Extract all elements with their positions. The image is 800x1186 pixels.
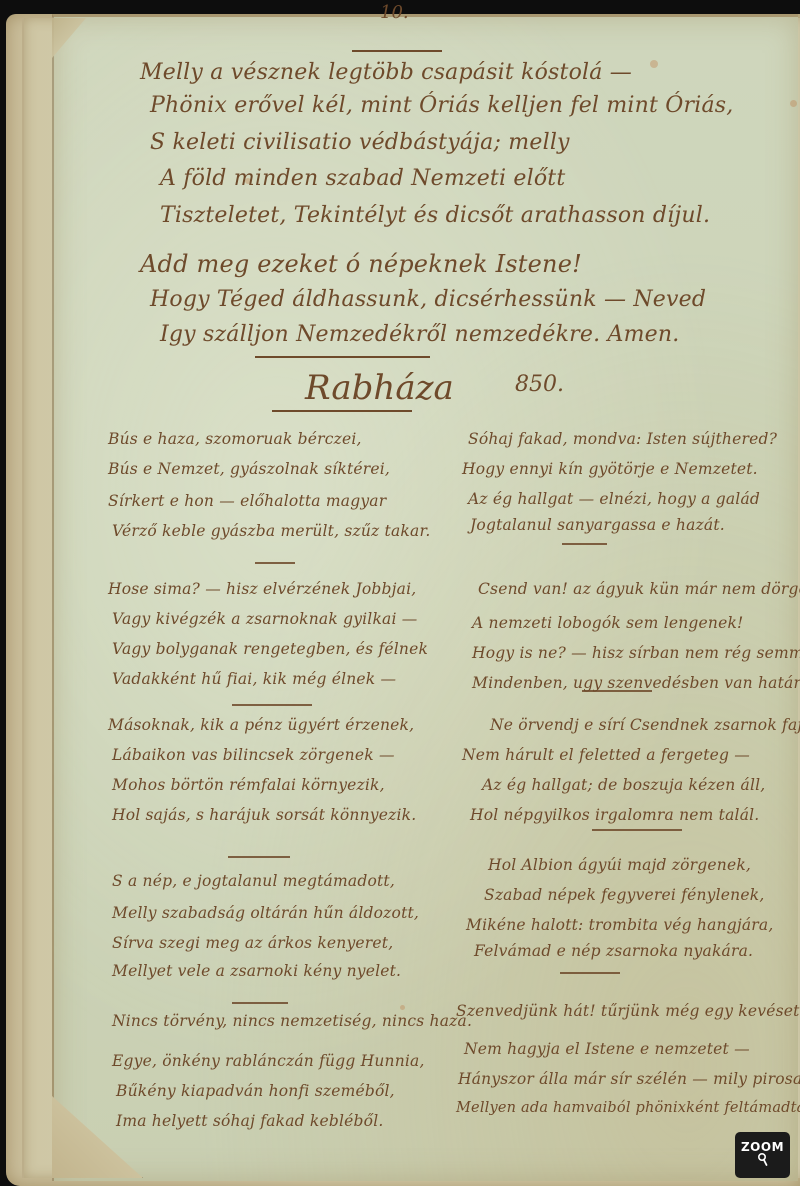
- right-verse-line: Csend van! az ágyuk kün már nem dörgenek…: [478, 580, 800, 598]
- right-verse-line: Hol Albion ágyúi majd zörgenek,: [488, 856, 751, 874]
- page-number: 10.: [380, 2, 409, 23]
- stanza-line: Hogy Téged áldhassunk, dicsérhessünk — N…: [150, 287, 706, 312]
- stanza-line: A föld minden szabad Nemzeti előtt: [160, 166, 565, 191]
- left-verse-line: Sírkert e hon — előhalotta magyar: [108, 492, 386, 510]
- paper-stain: [650, 60, 658, 68]
- left-verse-line: Nincs törvény, nincs nemzetiség, nincs h…: [112, 1012, 472, 1030]
- left-verse-line: Bűkény kiapadván honfi szeméből,: [116, 1082, 395, 1100]
- left-verse-line: Egye, önkény rablánczán függ Hunnia,: [112, 1052, 425, 1070]
- title-overline: [255, 356, 430, 358]
- right-verse-line: Hányszor álla már sír szélén — mily piro…: [458, 1070, 800, 1088]
- section-number: 850.: [515, 372, 564, 397]
- left-verse-line: Vérző keble gyászba merült, szűz takar.: [112, 522, 431, 540]
- right-verse-line: Ne örvendj e sírí Csendnek zsarnok faj,: [490, 716, 800, 734]
- stanza-line: S keleti civilisatio védbástyája; melly: [150, 130, 570, 155]
- stanza-line: Melly a vésznek legtöbb csapásit kóstolá…: [140, 60, 632, 85]
- right-verse-line: Hol népgyilkos irgalomra nem talál.: [470, 806, 759, 824]
- paper-stain: [400, 1005, 405, 1010]
- paper-stain: [790, 100, 797, 107]
- page-number-underline: [352, 50, 442, 52]
- left-verse-line: Ima helyett sóhaj fakad kebléből.: [116, 1112, 383, 1130]
- left-verse-line: S a nép, e jogtalanul megtámadott,: [112, 872, 395, 890]
- right-verse-line: Az ég hallgat — elnézi, hogy a galád: [468, 490, 760, 508]
- left-verse-line: Vagy kivégzék a zsarnoknak gyilkai —: [112, 610, 417, 628]
- title-underline: [272, 410, 412, 412]
- stanza-line: Phönix erővel kél, mint Óriás kelljen fe…: [150, 93, 733, 118]
- right-verse-line: Jogtalanul sanyargassa e hazát.: [470, 516, 725, 534]
- right-verse-line: Nem hagyja el Istene e nemzetet —: [464, 1040, 750, 1058]
- section-title: Rabháza: [305, 368, 454, 408]
- left-verse-line: Mohos börtön rémfalai környezik,: [112, 776, 385, 794]
- left-verse-line: Másoknak, kik a pénz ügyért érzenek,: [108, 716, 414, 734]
- left-verse-line: Lábaikon vas bilincsek zörgenek —: [112, 746, 395, 764]
- left-verse-line: Bús e haza, szomoruak bérczei,: [108, 430, 362, 448]
- right-verse-line: Az ég hallgat; de boszuja kézen áll,: [482, 776, 765, 794]
- stanza-separator: [582, 690, 652, 692]
- stanza-line: Add meg ezeket ó népeknek Istene!: [140, 250, 582, 278]
- stanza-line: Tiszteletet, Tekintélyt és dicsőt aratha…: [160, 203, 710, 228]
- right-verse-line: Mellyen ada hamvaiból phönixként feltáma…: [456, 1100, 800, 1116]
- right-verse-line: Hogy is ne? — hisz sírban nem rég semmi …: [472, 644, 800, 662]
- stanza-separator: [232, 704, 312, 706]
- stanza-separator: [592, 829, 682, 831]
- left-verse-line: Vadakként hű fiai, kik még élnek —: [112, 670, 396, 688]
- right-verse-line: Szabad népek fegyverei fénylenek,: [484, 886, 764, 904]
- left-verse-line: Hol sajás, s harájuk sorsát könnyezik.: [112, 806, 416, 824]
- zoom-logo: ZOOM: [735, 1132, 790, 1178]
- magnifier-icon: [756, 1152, 770, 1171]
- left-verse-line: Sírva szegi meg az árkos kenyeret,: [112, 934, 393, 952]
- stanza-separator: [560, 972, 620, 974]
- right-verse-line: Felvámad e nép zsarnoka nyakára.: [474, 942, 753, 960]
- right-verse-line: A nemzeti lobogók sem lengenek!: [472, 614, 743, 632]
- left-verse-line: Mellyet vele a zsarnoki kény nyelet.: [112, 962, 401, 980]
- right-verse-line: Mikéne halott: trombita vég hangjára,: [466, 916, 773, 934]
- stanza-separator: [562, 543, 607, 545]
- left-verse-line: Vagy bolyganak rengetegben, és félnek: [112, 640, 428, 658]
- right-verse-line: Sóhaj fakad, mondva: Isten sújthered?: [468, 430, 777, 448]
- right-verse-line: Nem hárult el feletted a fergeteg —: [462, 746, 750, 764]
- manuscript-scan: 10. Melly a vésznek legtöbb csapásit kós…: [0, 0, 800, 1186]
- right-verse-line: Hogy ennyi kín gyötörje e Nemzetet.: [462, 460, 758, 478]
- left-verse-line: Bús e Nemzet, gyászolnak síktérei,: [108, 460, 390, 478]
- left-verse-line: Hose sima? — hisz elvérzének Jobbjai,: [108, 580, 416, 598]
- stanza-separator: [255, 562, 295, 564]
- stanza-separator: [228, 856, 290, 858]
- left-verse-line: Melly szabadság oltárán hűn áldozott,: [112, 904, 419, 922]
- stanza-separator: [232, 1002, 288, 1004]
- right-verse-line: Szenvedjünk hát! tűrjünk még egy kevéset…: [456, 1002, 800, 1020]
- stanza-line: Igy szálljon Nemzedékről nemzedékre. Ame…: [160, 322, 679, 347]
